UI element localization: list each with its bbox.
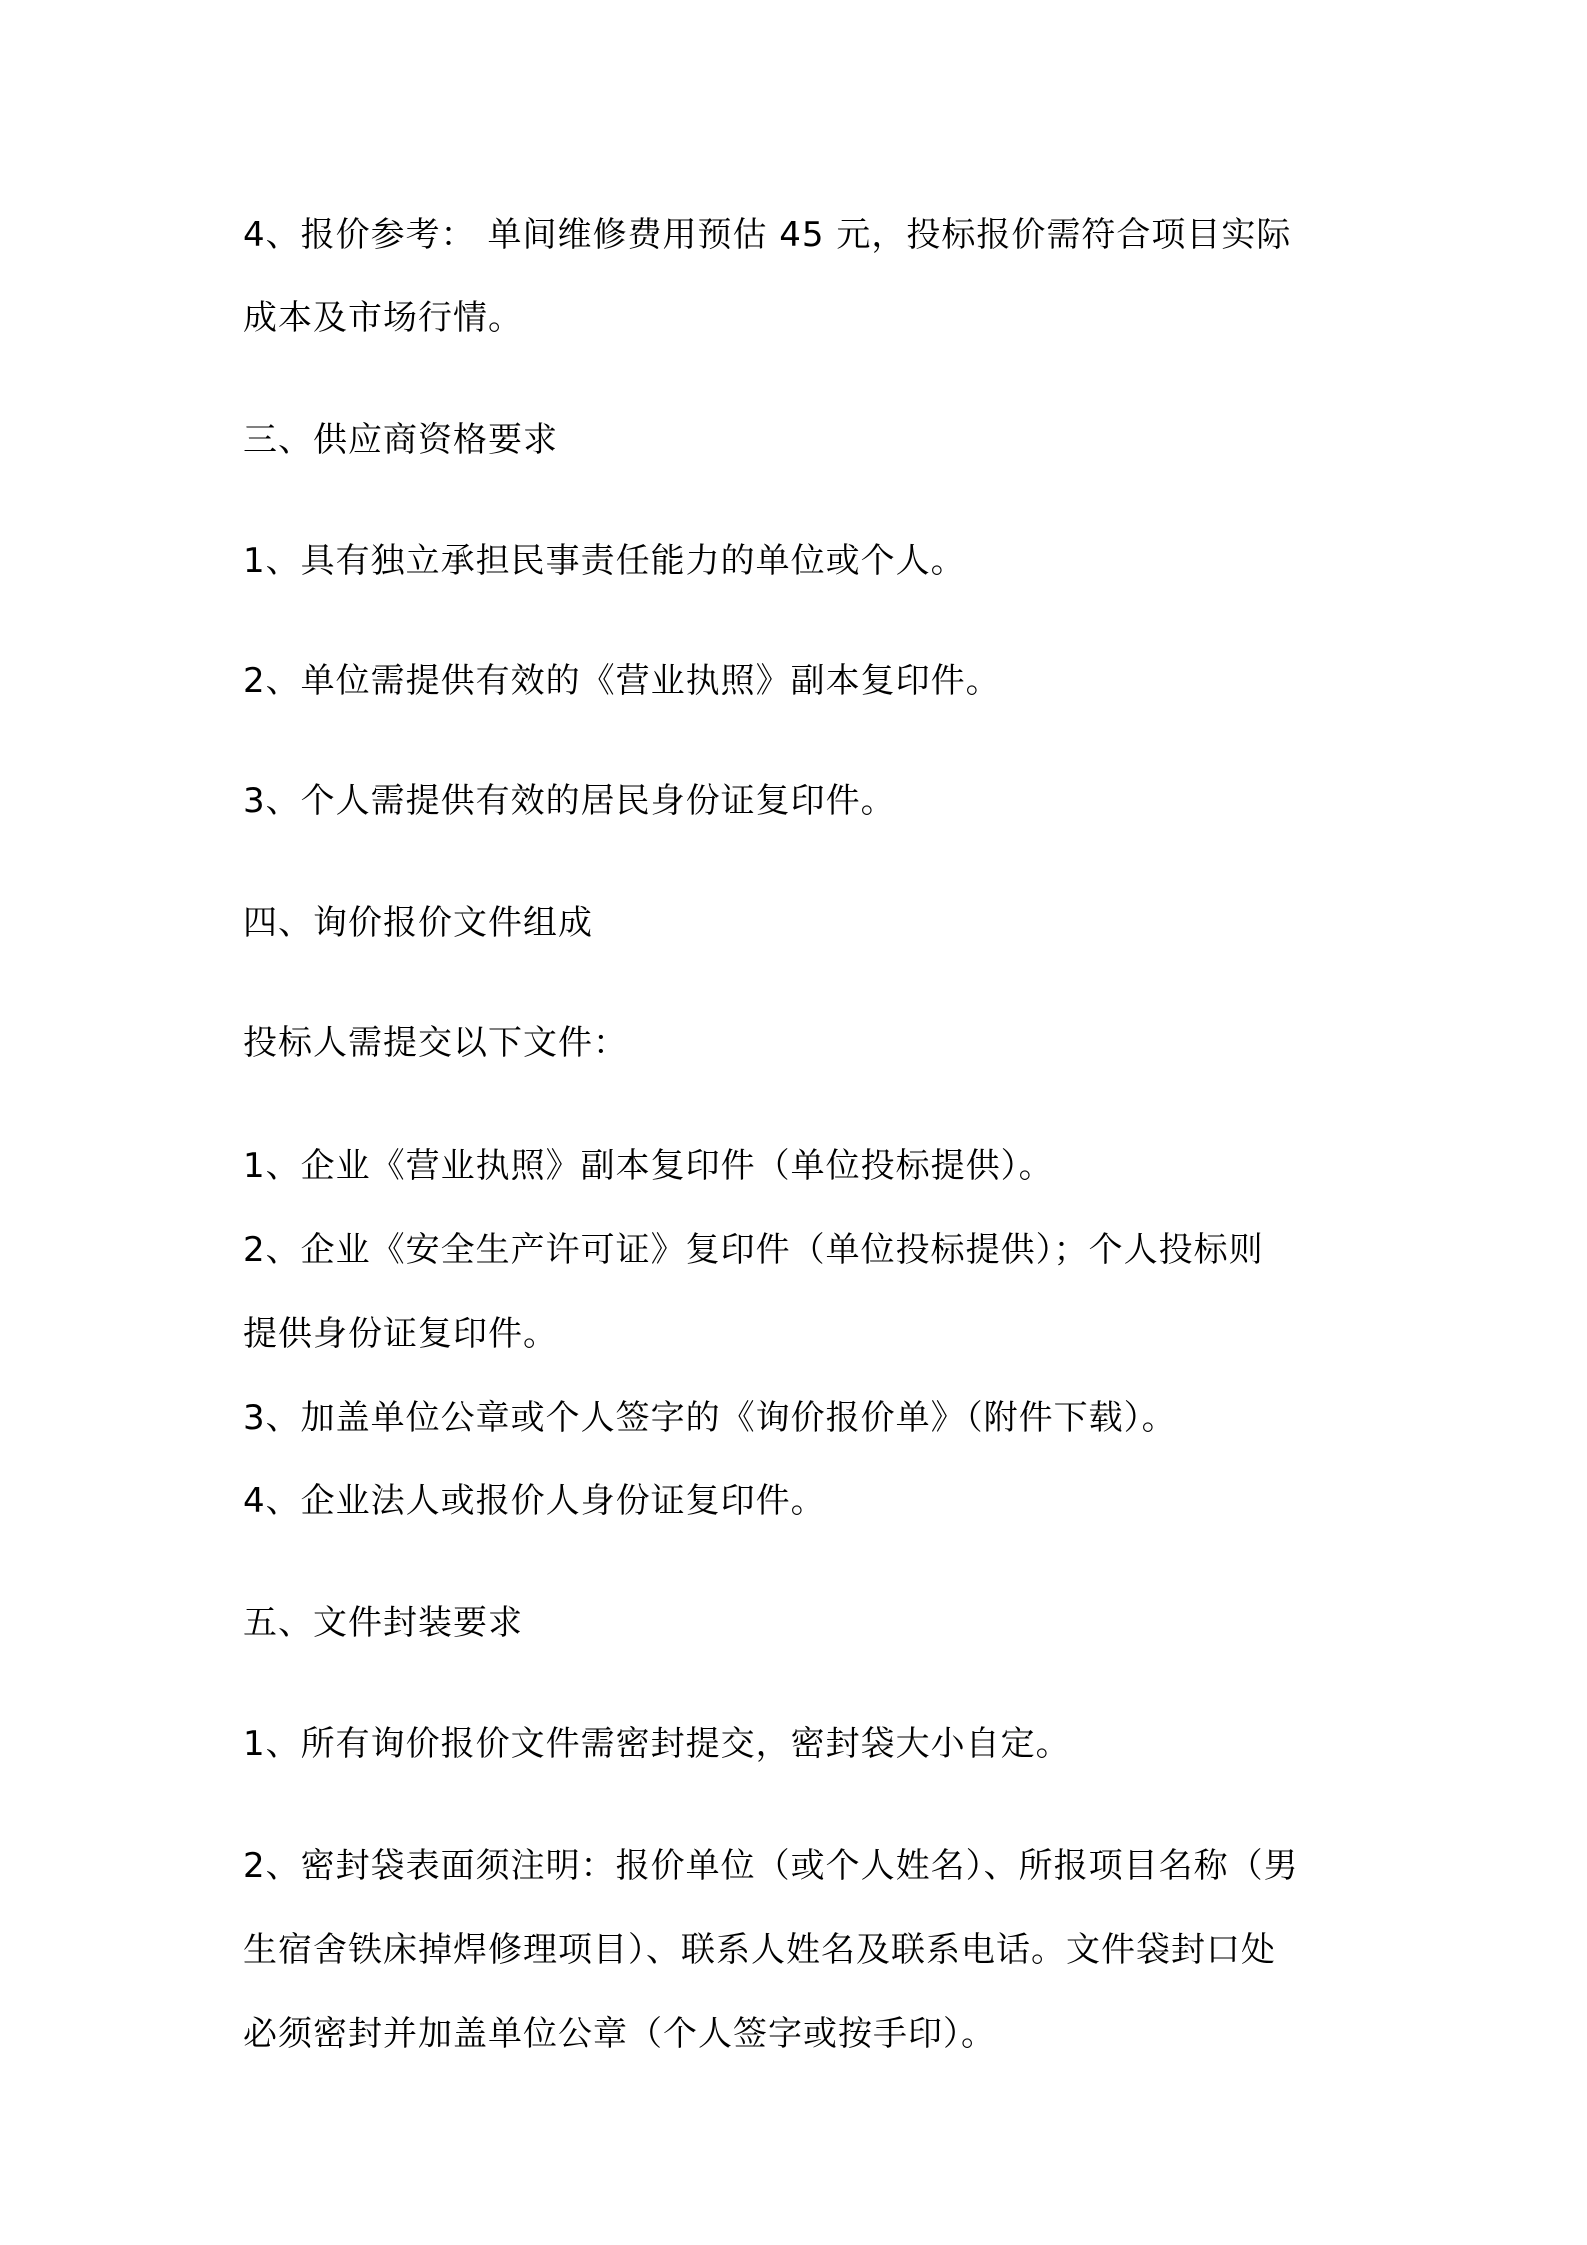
qualification-item-1: 1、具有独立承担民事责任能力的单位或个人。 <box>243 541 966 581</box>
composition-item-4: 4、企业法人或报价人身份证复印件。 <box>243 1481 826 1521</box>
qualification-item-2: 2、单位需提供有效的《营业执照》副本复印件。 <box>243 661 1001 701</box>
sealing-item-2: 2、密封袋表面须注明：报价单位（或个人姓名）、所报项目名称（男 <box>243 1846 1299 1886</box>
section-heading-document-composition: 四、询价报价文件组成 <box>243 903 593 943</box>
section-heading-supplier-qualifications: 三、供应商资格要求 <box>243 420 558 460</box>
sealing-item-1: 1、所有询价报价文件需密封提交，密封袋大小自定。 <box>243 1724 1071 1764</box>
submission-intro: 投标人需提交以下文件： <box>243 1023 628 1063</box>
qualification-item-3: 3、个人需提供有效的居民身份证复印件。 <box>243 781 896 821</box>
quote-reference-item: 4、报价参考： 单间维修费用预估 45 元，投标报价需符合项目实际 <box>243 215 1291 255</box>
sealing-item-2-continuation-1: 生宿舍铁床掉焊修理项目）、联系人姓名及联系电话。文件袋封口处 <box>243 1930 1276 1970</box>
quote-reference-continuation: 成本及市场行情。 <box>243 298 523 338</box>
section-heading-sealing-requirements: 五、文件封装要求 <box>243 1603 523 1643</box>
composition-item-2: 2、企业《安全生产许可证》复印件（单位投标提供）；个人投标则 <box>243 1230 1264 1270</box>
composition-item-1: 1、企业《营业执照》副本复印件（单位投标提供）。 <box>243 1146 1054 1186</box>
composition-item-2-continuation: 提供身份证复印件。 <box>243 1314 558 1354</box>
sealing-item-2-continuation-2: 必须密封并加盖单位公章（个人签字或按手印）。 <box>243 2014 996 2054</box>
composition-item-3: 3、加盖单位公章或个人签字的《询价报价单》（附件下载）。 <box>243 1398 1177 1438</box>
